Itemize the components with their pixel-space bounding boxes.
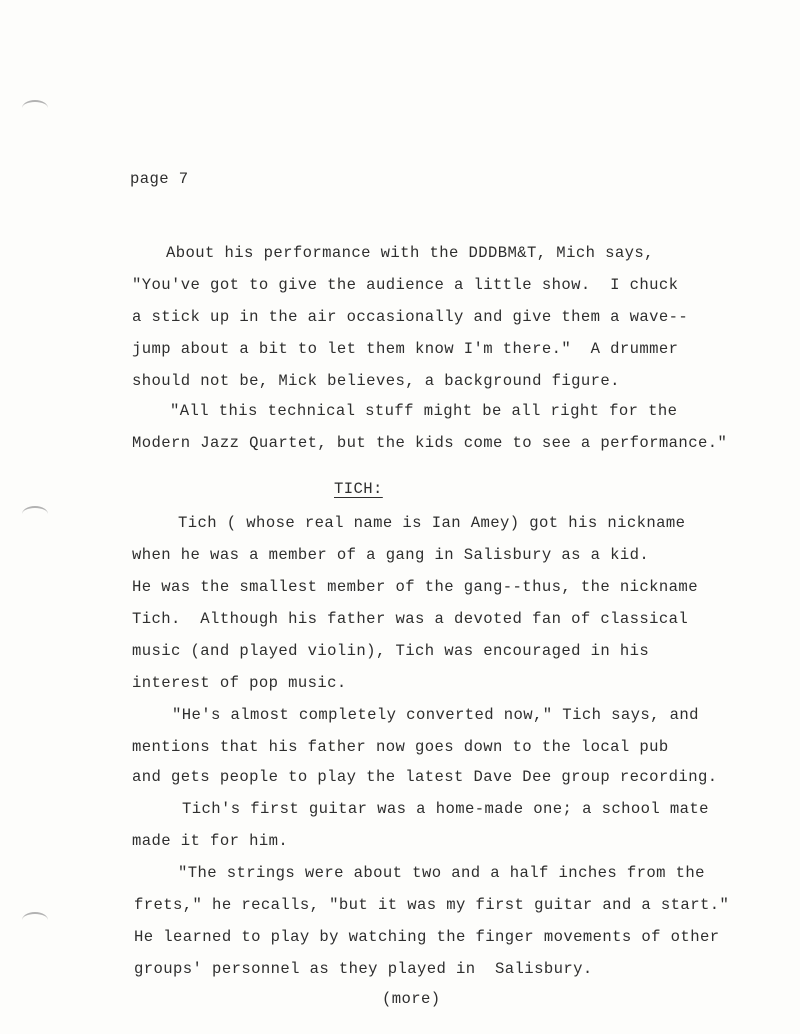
paragraph-line: Tich ( whose real name is Ian Amey) got … <box>178 514 685 532</box>
paragraph-line: interest of pop music. <box>132 674 347 692</box>
paragraph-line: jump about a bit to let them know I'm th… <box>132 340 678 358</box>
paragraph-line: About his performance with the DDDBM&T, … <box>166 244 654 262</box>
punch-hole-mark <box>22 506 48 522</box>
paragraph-line: a stick up in the air occasionally and g… <box>132 308 688 326</box>
paragraph-line: and gets people to play the latest Dave … <box>132 768 717 786</box>
paragraph-line: "You've got to give the audience a littl… <box>132 276 678 294</box>
paragraph-line: Tich's first guitar was a home-made one;… <box>182 800 709 818</box>
paragraph-line: "He's almost completely converted now," … <box>172 706 699 724</box>
paragraph-line: "All this technical stuff might be all r… <box>170 402 677 420</box>
paragraph-line: He learned to play by watching the finge… <box>134 928 719 946</box>
continuation-marker: (more) <box>382 990 441 1008</box>
paragraph-line: music (and played violin), Tich was enco… <box>132 642 649 660</box>
paragraph-line: "The strings were about two and a half i… <box>178 864 705 882</box>
paragraph-line: frets," he recalls, "but it was my first… <box>134 896 729 914</box>
paragraph-line: He was the smallest member of the gang--… <box>132 578 698 596</box>
page-number: page 7 <box>130 170 189 188</box>
paragraph-line: mentions that his father now goes down t… <box>132 738 669 756</box>
punch-hole-mark <box>22 100 48 116</box>
paragraph-line: made it for him. <box>132 832 288 850</box>
punch-hole-mark <box>22 912 48 928</box>
paragraph-line: Modern Jazz Quartet, but the kids come t… <box>132 434 727 452</box>
section-heading: TICH: <box>334 480 383 498</box>
paragraph-line: groups' personnel as they played in Sali… <box>134 960 593 978</box>
paragraph-line: Tich. Although his father was a devoted … <box>132 610 688 628</box>
paragraph-line: when he was a member of a gang in Salisb… <box>132 546 649 564</box>
paragraph-line: should not be, Mick believes, a backgrou… <box>132 372 620 390</box>
